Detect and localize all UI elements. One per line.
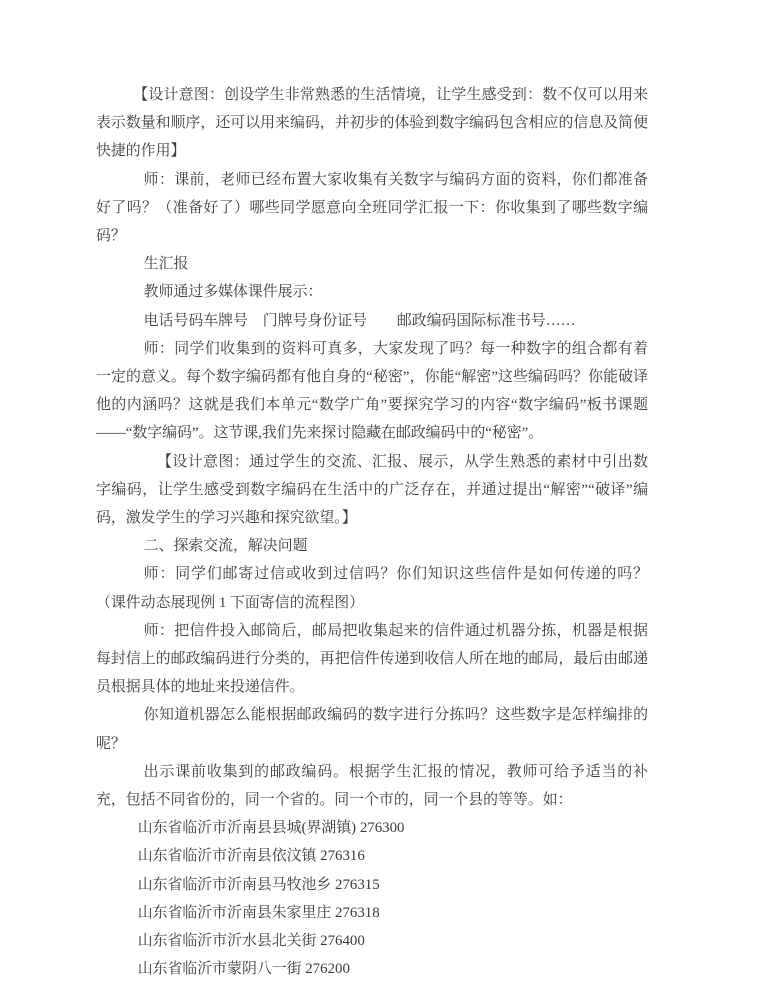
- paragraph: 山东省临沂市沂南县朱家里庄 276318: [96, 899, 648, 927]
- paragraph: 【设计意图：创设学生非常熟悉的生活情境，让学生感受到：数不仅可以用来表示数量和顺…: [96, 81, 648, 166]
- paragraph: 你知道机器怎么能根据邮政编码的数字进行分拣吗？这些数字是怎样编排的呢？: [96, 701, 648, 757]
- paragraph: 山东省临沂市沂南县县城(界湖镇) 276300: [96, 814, 648, 842]
- document-page: 【设计意图：创设学生非常熟悉的生活情境，让学生感受到：数不仅可以用来表示数量和顺…: [96, 81, 648, 984]
- paragraph: 师：课前，老师已经布置大家收集有关数字与编码方面的资料，你们都准备好了吗？（准备…: [96, 166, 648, 251]
- paragraph: 山东省临沂市沂南县依汶镇 276316: [96, 842, 648, 870]
- paragraph: 山东省临沂市蒙阴八一街 276200: [96, 955, 648, 983]
- paragraph: 山东省临沂市沂水县北关街 276400: [96, 927, 648, 955]
- screenshot-root: { "page": { "background_color": "#ffffff…: [0, 0, 770, 1000]
- paragraph: 出示课前收集到的邮政编码。根据学生汇报的情况，教师可给予适当的补充，包括不同省份…: [96, 758, 648, 814]
- paragraph: 【设计意图：通过学生的交流、汇报、展示，从学生熟悉的素材中引出数字编码，让学生感…: [96, 448, 648, 533]
- paragraph: 二、探索交流，解决问题: [96, 532, 648, 560]
- paragraph: 师：同学们收集到的资料可真多，大家发现了吗？每一种数字的组合都有着一定的意义。每…: [96, 335, 648, 448]
- paragraph: 电话号码车牌号 门牌号身份证号 邮政编码国际标准书号……: [96, 307, 648, 335]
- paragraph: 教师通过多媒体课件展示：: [96, 278, 648, 306]
- paragraph: 生汇报: [96, 250, 648, 278]
- paragraph: 师：同学们邮寄过信或收到过信吗？你们知识这些信件是如何传递的吗？（课件动态展现例…: [96, 560, 648, 616]
- paragraph: 师：把信件投入邮筒后，邮局把收集起来的信件通过机器分拣，机器是根据每封信上的邮政…: [96, 617, 648, 702]
- paragraph: 山东省临沂市沂南县马牧池乡 276315: [96, 871, 648, 899]
